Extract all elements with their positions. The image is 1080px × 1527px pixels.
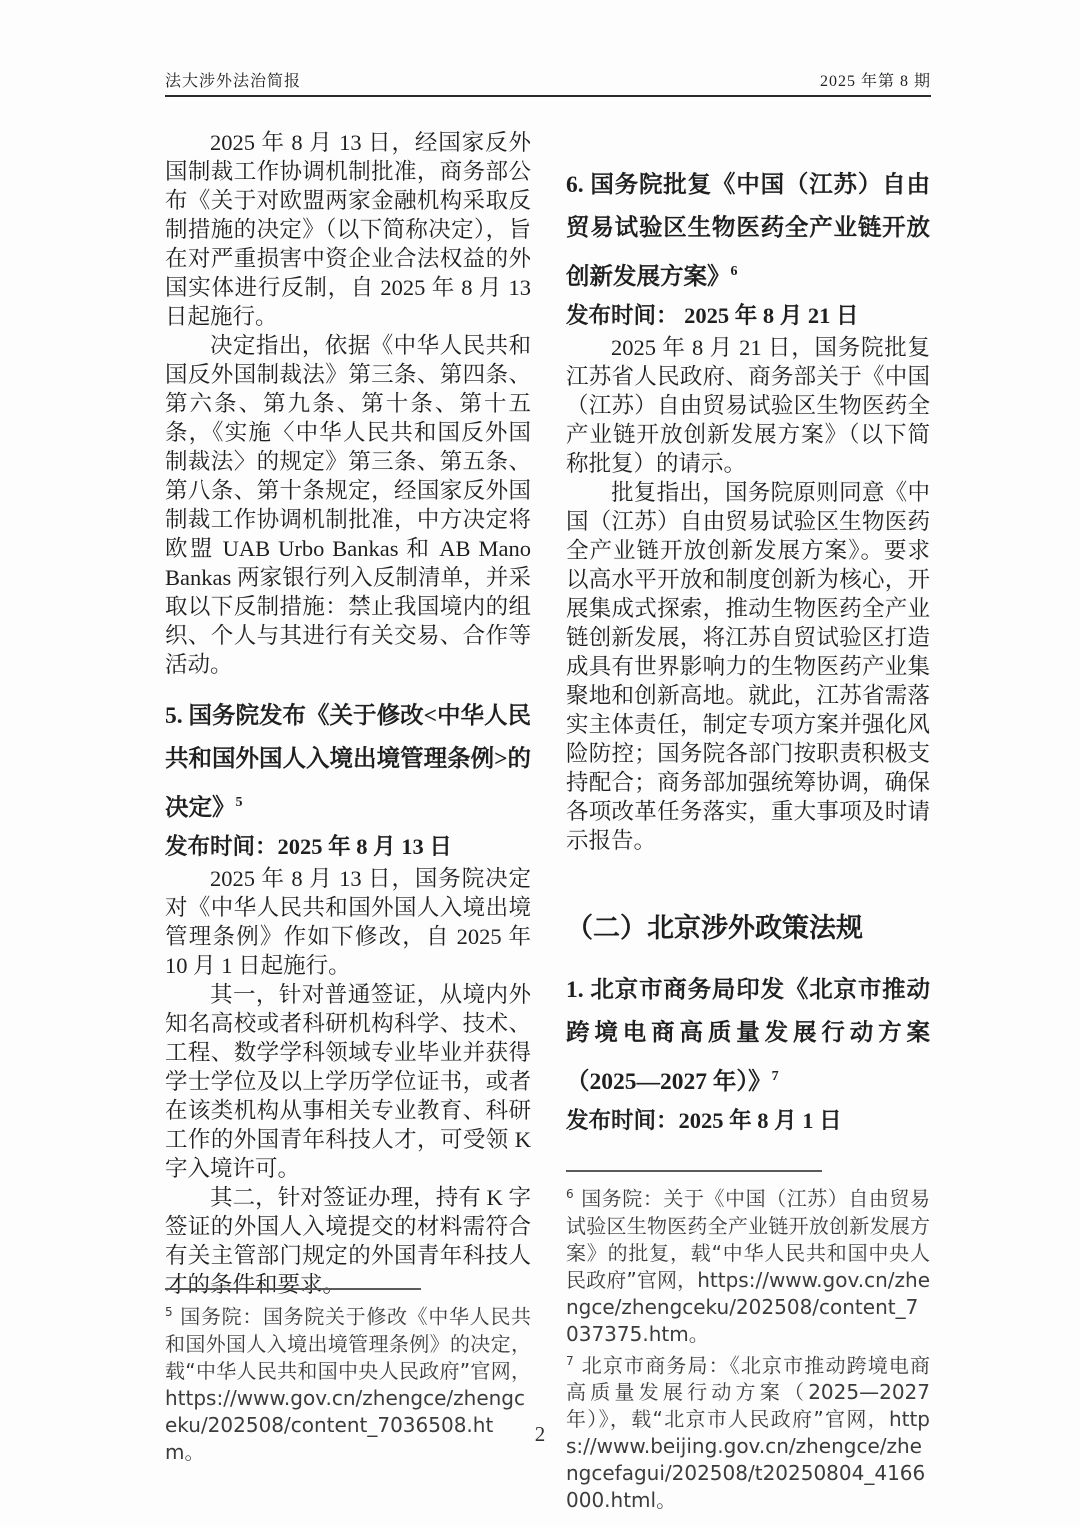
page-header: 法大涉外法治简报 2025 年第 8 期 bbox=[165, 68, 931, 97]
item5-paragraph-1: 2025 年 8 月 13 日，国务院决定对《中华人民共和国外国人入境出境管理条… bbox=[165, 864, 531, 980]
left-column: 2025 年 8 月 13 日，经国家反外国制裁工作协调机制批准，商务部公布《关… bbox=[165, 128, 531, 1299]
item6-paragraph-2: 批复指出，国务院原则同意《中国（江苏）自由贸易试验区生物医药全产业链开放创新发展… bbox=[566, 478, 930, 855]
item5-title: 5. 国务院发布《关于修改<中华人民共和国外国人入境出境管理条例>的决定》 bbox=[165, 703, 531, 821]
page-number: 2 bbox=[0, 1422, 1080, 1447]
footnote-separator-right bbox=[566, 1170, 822, 1172]
bulletin-title: 法大涉外法治简报 bbox=[165, 68, 301, 91]
right-column: 6. 国务院批复《中国（江苏）自由贸易试验区生物医药全产业链开放创新发展方案》6… bbox=[566, 128, 930, 1138]
footnote-marker-6: 6 bbox=[731, 264, 738, 279]
paragraph-sanction-decision: 2025 年 8 月 13 日，经国家反外国制裁工作协调机制批准，商务部公布《关… bbox=[165, 128, 531, 331]
footnote-separator-left bbox=[165, 1288, 421, 1290]
item6-heading: 6. 国务院批复《中国（江苏）自由贸易试验区生物医药全产业链开放创新发展方案》6 bbox=[566, 164, 930, 299]
item1-heading: 1. 北京市商务局印发《北京市推动跨境电商高质量发展行动方案（2025—2027… bbox=[566, 969, 930, 1104]
item5-paragraph-2: 其一，针对普通签证，从境内外知名高校或者科研机构科学、技术、工程、数学学科领域专… bbox=[165, 980, 531, 1183]
right-footnotes: 6国务院：关于《中国（江苏）自由贸易试验区生物医药全产业链开放创新发展方案》的批… bbox=[566, 1170, 930, 1514]
document-page: 法大涉外法治简报 2025 年第 8 期 2025 年 8 月 13 日，经国家… bbox=[0, 0, 1080, 1527]
footnote-6: 6国务院：关于《中国（江苏）自由贸易试验区生物医药全产业链开放创新发展方案》的批… bbox=[566, 1181, 930, 1348]
item1-title: 1. 北京市商务局印发《北京市推动跨境电商高质量发展行动方案（2025—2027… bbox=[566, 977, 930, 1095]
section2-heading: （二）北京涉外政策法规 bbox=[566, 911, 930, 945]
footnote-5-number: 5 bbox=[165, 1305, 173, 1319]
issue-number: 2025 年第 8 期 bbox=[820, 68, 931, 91]
item5-publish-date: 发布时间：2025 年 8 月 13 日 bbox=[165, 832, 531, 862]
footnote-marker-5: 5 bbox=[236, 795, 243, 810]
footnote-7-number: 7 bbox=[566, 1354, 574, 1368]
item6-publish-date: 发布时间： 2025 年 8 月 21 日 bbox=[566, 301, 930, 331]
item6-title: 6. 国务院批复《中国（江苏）自由贸易试验区生物医药全产业链开放创新发展方案》 bbox=[566, 172, 930, 290]
item5-heading: 5. 国务院发布《关于修改<中华人民共和国外国人入境出境管理条例>的决定》5 bbox=[165, 695, 531, 830]
footnote-marker-7: 7 bbox=[772, 1069, 779, 1084]
paragraph-sanction-measures: 决定指出，依据《中华人民共和国反外国制裁法》第三条、第四条、第六条、第九条、第十… bbox=[165, 331, 531, 679]
item5-paragraph-3: 其二，针对签证办理，持有 K 字签证的外国人入境提交的材料需符合有关主管部门规定… bbox=[165, 1183, 531, 1299]
item6-paragraph-1: 2025 年 8 月 21 日，国务院批复江苏省人民政府、商务部关于《中国（江苏… bbox=[566, 333, 930, 478]
item1-publish-date: 发布时间：2025 年 8 月 1 日 bbox=[566, 1106, 930, 1136]
footnote-6-number: 6 bbox=[566, 1187, 574, 1201]
footnote-6-text: 国务院：关于《中国（江苏）自由贸易试验区生物医药全产业链开放创新发展方案》的批复… bbox=[566, 1187, 930, 1346]
